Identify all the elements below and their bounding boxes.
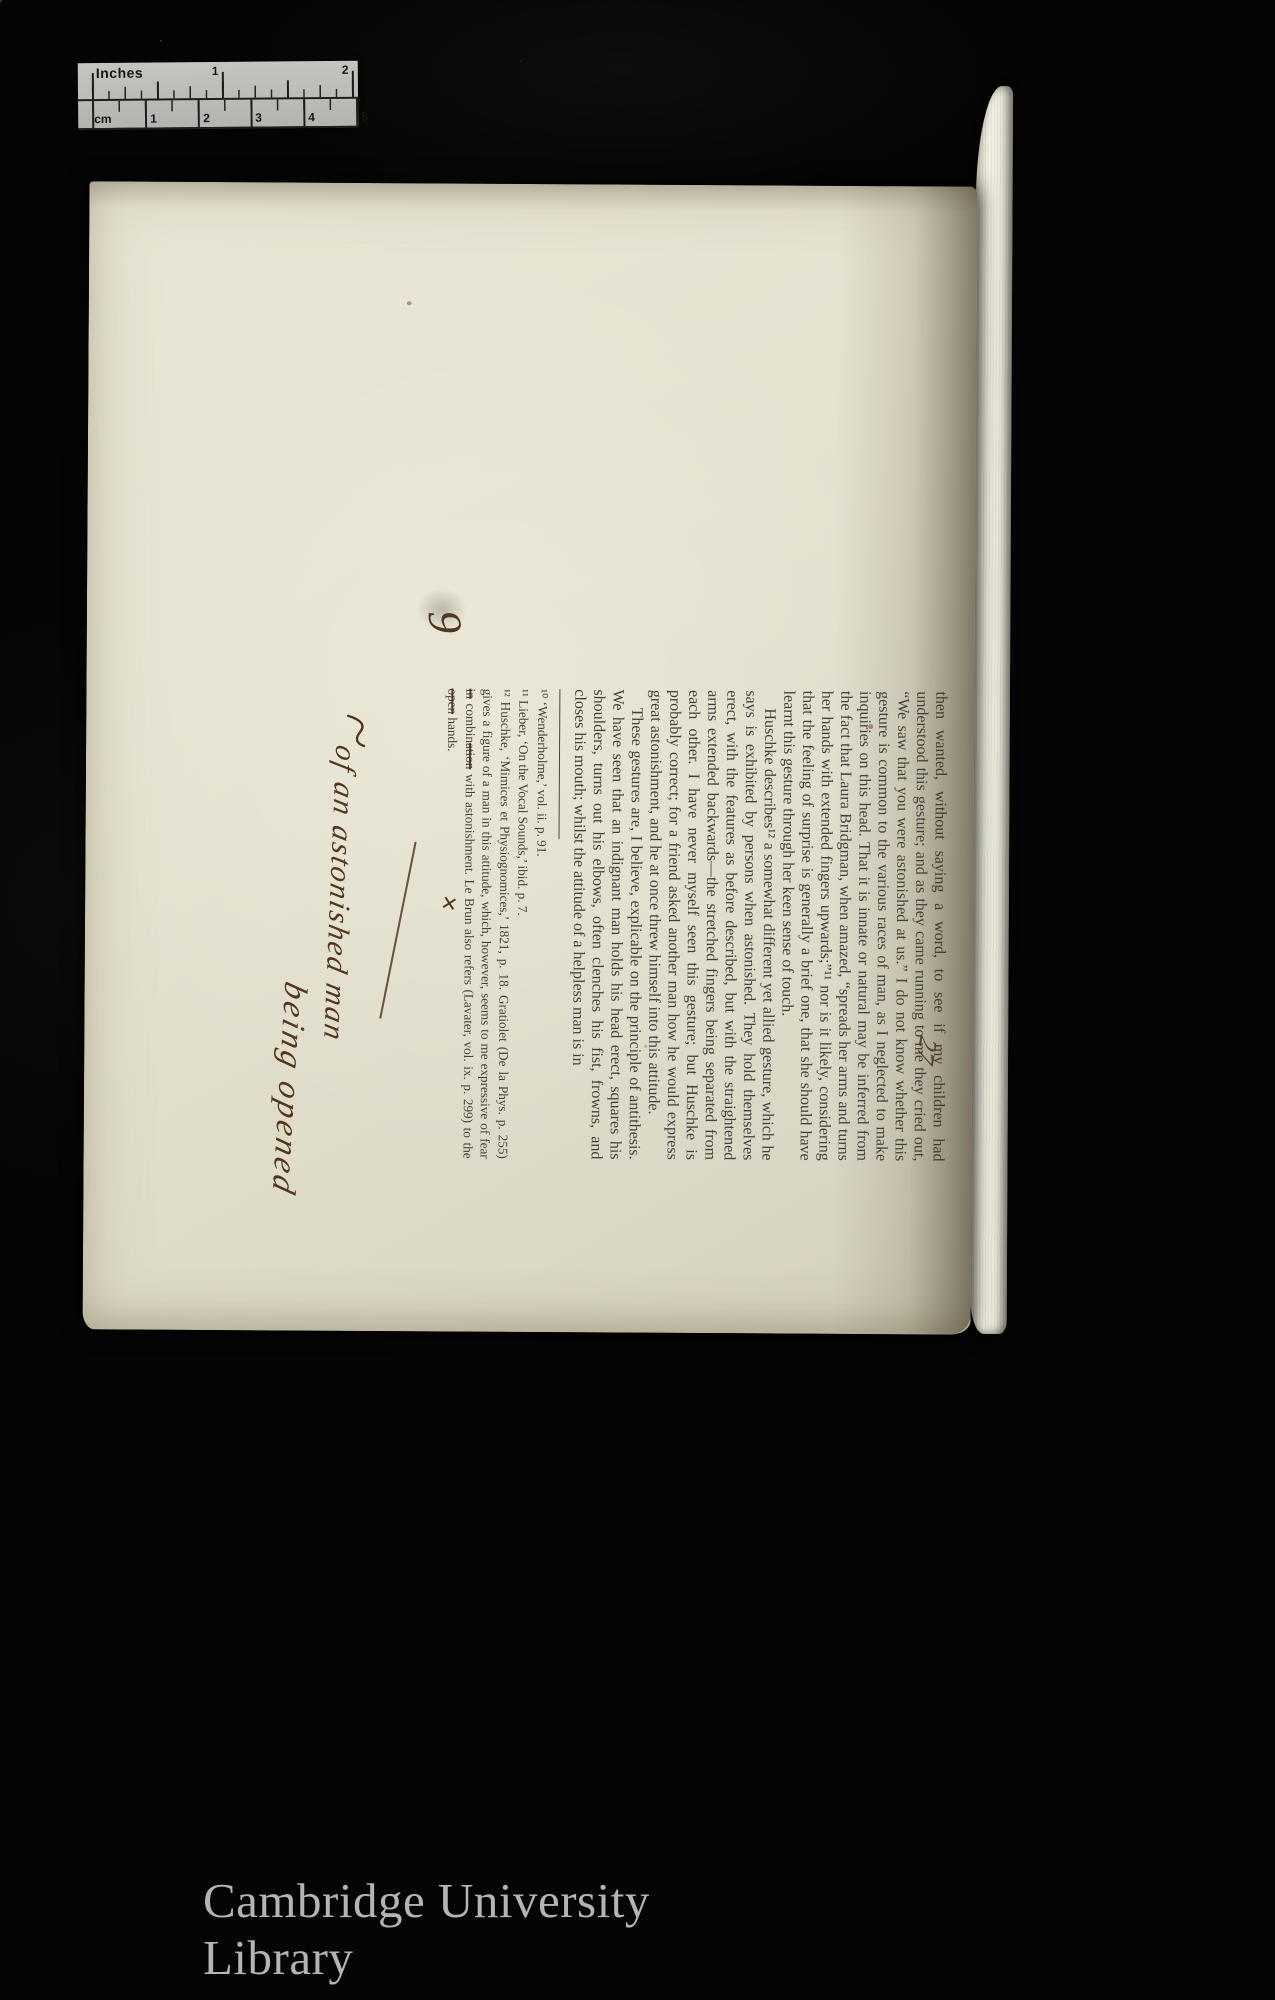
handwritten-insertion-line1: of an astonished man — [324, 744, 355, 1044]
struck-word: in — [463, 689, 478, 699]
struck-word: open — [446, 688, 461, 714]
inches-label: Inches — [96, 65, 143, 81]
library-caption: Cambridge University Library — [203, 1872, 803, 1986]
footnote-rule — [559, 689, 561, 839]
cm-label: cm — [94, 112, 111, 126]
footnote-12-text: hands. — [446, 714, 461, 751]
cm-scale: cm 1 2 3 4 5 — [78, 99, 358, 130]
footnote-12-text: combin — [463, 699, 478, 743]
inches-scale: Inches 1 2 — [78, 61, 358, 101]
handwritten-margin-mark: 27 — [915, 1035, 938, 1066]
dust-specks — [0, 0, 2, 2]
inch-number-1: 1 — [212, 64, 219, 78]
handwritten-strike-stroke — [379, 842, 416, 1019]
paragraph-antithesis: These gestures are, I believe, explicabl… — [568, 689, 647, 1159]
struck-word: ation — [463, 743, 478, 769]
page-top-shadow — [89, 181, 977, 212]
cm-number-5: 5 — [361, 110, 368, 124]
footnote-12-text: with astonishment. Le Brun also refers (… — [461, 769, 478, 1158]
paper-speck — [407, 301, 412, 305]
cm-number-4: 4 — [308, 110, 315, 124]
ink-blot — [417, 588, 467, 630]
inch-number-2: 2 — [342, 63, 349, 77]
page-text-rotated: then wanted, without saying a word, to s… — [238, 687, 951, 1161]
footnote-11: ¹¹ Lieber, ‘On the Vocal Sounds,’ ibid. … — [513, 689, 533, 1159]
paragraph-continuation: then wanted, without saying a word, to s… — [777, 691, 951, 1162]
scale-ruler: Inches 1 2 cm 1 2 3 4 5 — [78, 61, 359, 128]
handwritten-caret-hook — [344, 714, 370, 748]
footnote-12-text: ¹² Huschke, ‘Mimices et Physiognomices,’… — [478, 689, 513, 1159]
cm-number-1: 1 — [150, 112, 157, 126]
cm-number-2: 2 — [203, 111, 210, 125]
book-page: then wanted, without saying a word, to s… — [83, 181, 978, 1334]
handwritten-insertion-line2: being opened — [273, 980, 304, 1198]
footnote-12: ¹² Huschke, ‘Mimices et Physiognomices,’… — [442, 688, 515, 1158]
footnote-10: ¹⁰ ‘Wenderholme,’ vol. ii. p. 91. — [531, 689, 551, 1159]
handwritten-cross-mark: ✕ — [437, 893, 459, 913]
cm-number-3: 3 — [255, 111, 262, 125]
paragraph-huschke: Huschke describes¹² a somewhat different… — [644, 690, 780, 1161]
photo-background: Inches 1 2 cm 1 2 3 4 5 then wanted, wit… — [0, 0, 1275, 2000]
footnote-block: ¹⁰ ‘Wenderholme,’ vol. ii. p. 91. ¹¹ Lie… — [442, 688, 552, 1159]
